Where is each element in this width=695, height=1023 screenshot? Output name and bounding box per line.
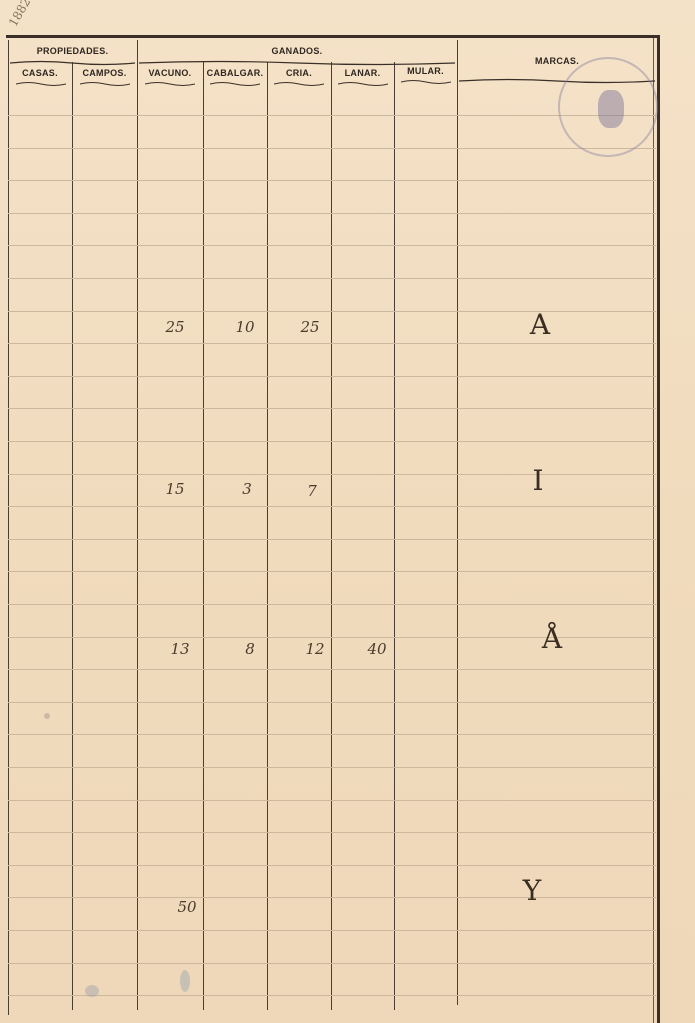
row2-cria: 7 bbox=[287, 482, 337, 500]
column-line bbox=[267, 62, 268, 1010]
header-rule bbox=[80, 81, 130, 87]
row4-vacuno: 50 bbox=[162, 898, 212, 916]
row-rule bbox=[8, 376, 656, 377]
row-rule bbox=[8, 963, 656, 964]
column-line bbox=[457, 40, 458, 1005]
row-rule bbox=[8, 669, 656, 670]
header-rule bbox=[16, 81, 66, 87]
seal-stamp-emblem bbox=[598, 90, 624, 128]
row1-cabalgar: 10 bbox=[220, 318, 270, 336]
row-rule bbox=[8, 180, 656, 181]
row-rule bbox=[8, 930, 656, 931]
header-lanar: LANAR. bbox=[331, 68, 394, 78]
row-rule bbox=[8, 604, 656, 605]
header-cabalgar: CABALGAR. bbox=[203, 68, 267, 78]
header-propiedades: PROPIEDADES. bbox=[8, 46, 137, 56]
row-rule bbox=[8, 213, 656, 214]
header-rule bbox=[10, 60, 135, 66]
header-cria: CRIA. bbox=[267, 68, 331, 78]
row2-marca: I bbox=[508, 464, 568, 497]
row3-cabalgar: 8 bbox=[225, 640, 275, 658]
row4-marca: Y bbox=[502, 874, 562, 907]
column-line bbox=[8, 40, 9, 1015]
row-rule bbox=[8, 148, 656, 149]
table-frame bbox=[6, 35, 658, 1018]
row-rule bbox=[8, 441, 656, 442]
header-rule bbox=[145, 81, 195, 87]
row-rule bbox=[8, 506, 656, 507]
column-line bbox=[203, 62, 204, 1010]
header-vacuno: VACUNO. bbox=[137, 68, 203, 78]
right-border-inner bbox=[653, 38, 654, 1023]
row-rule bbox=[8, 408, 656, 409]
header-campos: CAMPOS. bbox=[72, 68, 137, 78]
header-mular: MULAR. bbox=[394, 66, 457, 76]
row-rule bbox=[8, 702, 656, 703]
row-rule bbox=[8, 539, 656, 540]
row-rule bbox=[8, 734, 656, 735]
row2-cabalgar: 3 bbox=[222, 480, 272, 498]
row-rule bbox=[8, 800, 656, 801]
row1-vacuno: 25 bbox=[150, 318, 200, 336]
row-rule bbox=[8, 995, 656, 996]
row3-lanar: 40 bbox=[352, 640, 402, 658]
paper-speck bbox=[85, 985, 99, 997]
header-rule bbox=[338, 81, 388, 87]
row-rule bbox=[8, 767, 656, 768]
row2-vacuno: 15 bbox=[150, 480, 200, 498]
header-rule bbox=[210, 81, 260, 87]
row-rule bbox=[8, 245, 656, 246]
header-ganados: GANADOS. bbox=[137, 46, 457, 56]
row3-cria: 12 bbox=[290, 640, 340, 658]
row1-marca: A bbox=[510, 308, 570, 341]
header-casas: CASAS. bbox=[8, 68, 72, 78]
header-rule bbox=[274, 81, 324, 87]
header-rule bbox=[401, 79, 451, 85]
row-rule bbox=[8, 571, 656, 572]
column-line bbox=[394, 62, 395, 1010]
paper-speck bbox=[180, 970, 190, 992]
row3-marca: Å bbox=[522, 622, 582, 655]
paper-speck bbox=[44, 713, 50, 719]
row-rule bbox=[8, 832, 656, 833]
column-line bbox=[331, 62, 332, 1010]
row1-cria: 25 bbox=[285, 318, 335, 336]
row-rule bbox=[8, 865, 656, 866]
row3-vacuno: 13 bbox=[155, 640, 205, 658]
row-rule bbox=[8, 278, 656, 279]
column-line bbox=[72, 62, 73, 1010]
row-rule bbox=[8, 343, 656, 344]
right-border bbox=[657, 35, 660, 1023]
